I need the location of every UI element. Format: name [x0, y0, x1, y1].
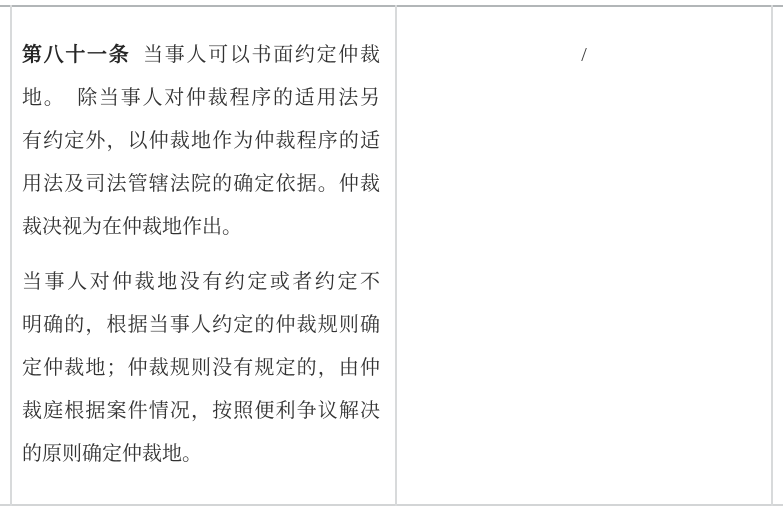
table-right-border — [771, 5, 773, 506]
text-line-3: 有约定外，以仲裁地作为仲裁程序的适 — [22, 120, 380, 163]
paragraph-1: 第八十一条当事人可以书面约定仲裁 地。 除当事人对仲裁程序的适用法另 有约定外，… — [22, 34, 380, 249]
page: 第八十一条当事人可以书面约定仲裁 地。 除当事人对仲裁程序的适用法另 有约定外，… — [0, 0, 783, 513]
text-line-1: 第八十一条当事人可以书面约定仲裁 — [22, 34, 380, 77]
article-number-label: 第八十一条 — [22, 44, 130, 66]
text-line-9: 裁庭根据案件情况，按照便利争议解决 — [22, 390, 380, 433]
text-line-6: 当事人对仲裁地没有约定或者约定不 — [22, 261, 380, 304]
table-bottom-border — [0, 504, 783, 506]
text-line-5: 裁决视为在仲裁地作出。 — [22, 206, 380, 249]
paragraph-2: 当事人对仲裁地没有约定或者约定不 明确的，根据当事人约定的仲裁规则确 定仲裁地；… — [22, 261, 380, 476]
slash-placeholder-value: / — [581, 44, 587, 66]
text-line-1-rest: 当事人可以书面约定仲裁 — [141, 44, 380, 66]
table-top-border — [0, 5, 783, 7]
text-line-8: 定仲裁地；仲裁规则没有规定的，由仲 — [22, 347, 380, 390]
table-left-border — [10, 5, 12, 506]
article-text-cell: 第八十一条当事人可以书面约定仲裁 地。 除当事人对仲裁程序的适用法另 有约定外，… — [22, 34, 380, 476]
table-column-divider — [395, 5, 397, 506]
text-line-7: 明确的，根据当事人约定的仲裁规则确 — [22, 304, 380, 347]
value-cell: / — [397, 34, 771, 77]
text-line-2: 地。 除当事人对仲裁程序的适用法另 — [22, 77, 380, 120]
text-line-4: 用法及司法管辖法院的确定依据。仲裁 — [22, 163, 380, 206]
text-line-10: 的原则确定仲裁地。 — [22, 433, 380, 476]
